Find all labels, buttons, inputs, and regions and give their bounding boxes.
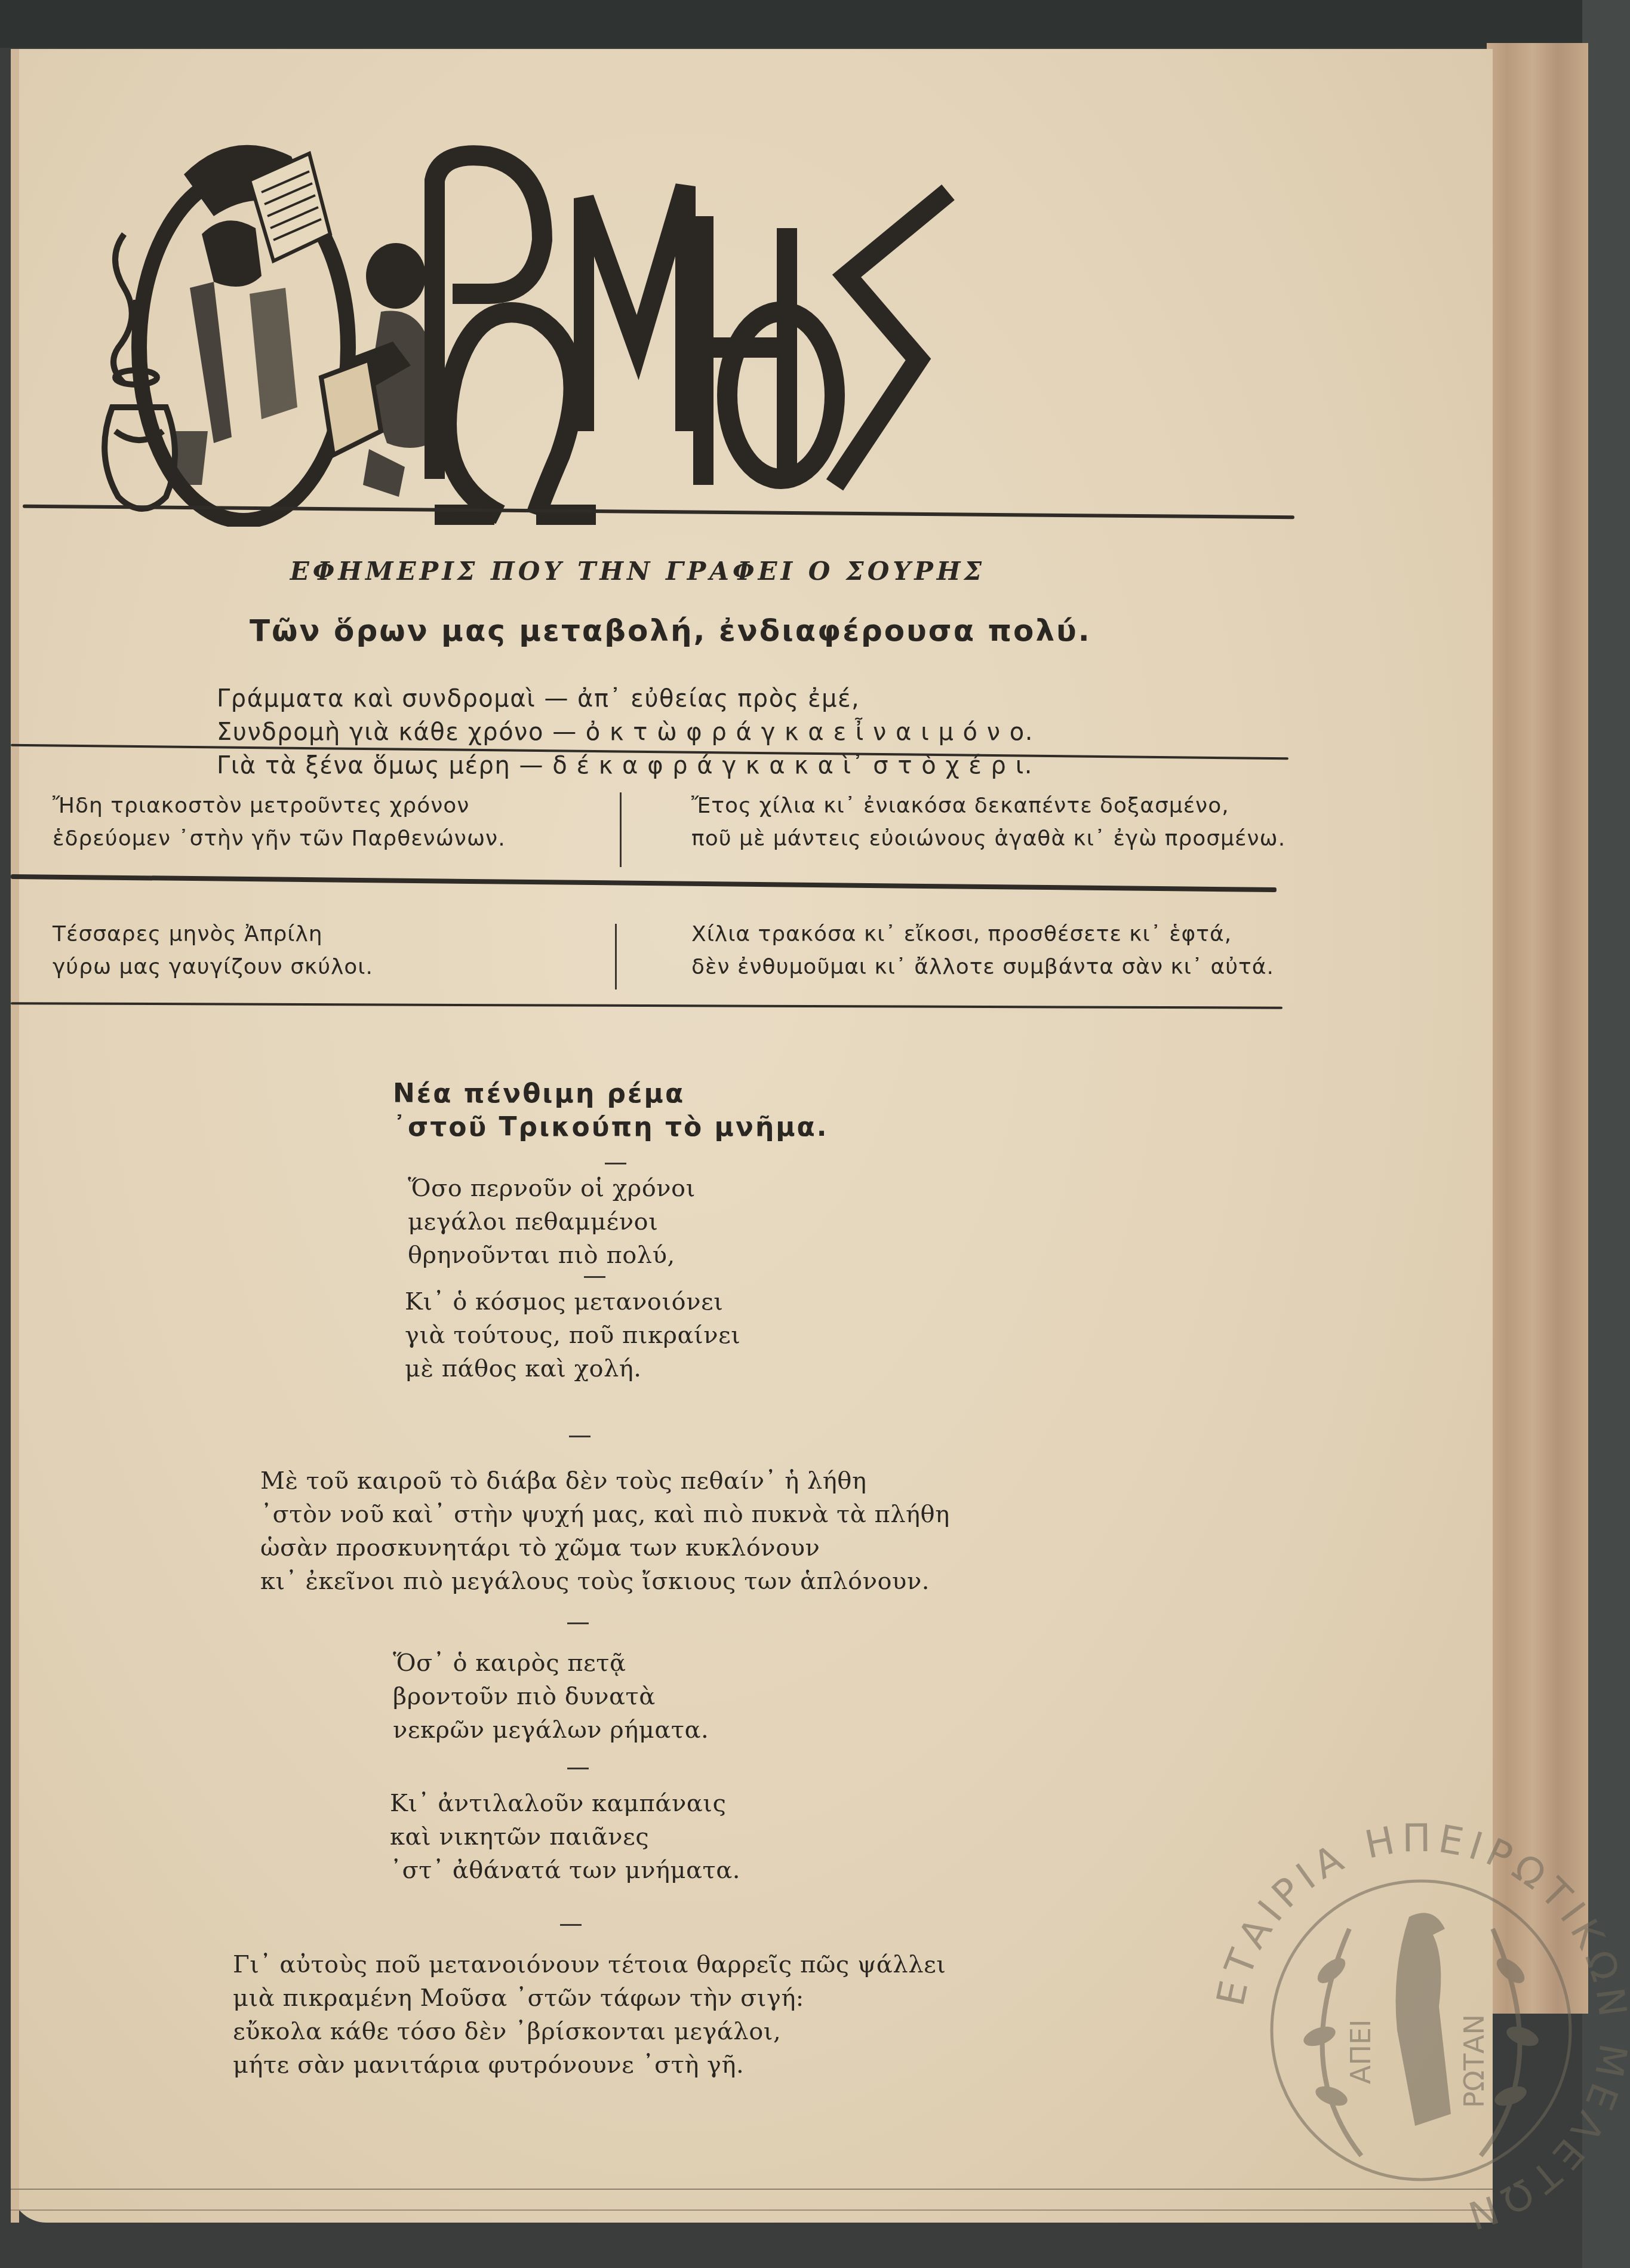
notice-lines: Γράμματα καὶ συνδρομαὶ — ἀπ᾽ εὐθείας πρὸ…: [217, 682, 1112, 782]
poem-line: Ὅσο περνοῦν οἱ χρόνοι: [408, 1172, 696, 1205]
stanza-2: Κι᾽ ὁ κόσμος μετανοιόνει γιὰ τούτους, πο…: [405, 1285, 741, 1385]
poem-line: Μὲ τοῦ καιροῦ τὸ διάβα δὲν τοὺς πεθαίν᾽ …: [260, 1464, 950, 1498]
poem-line: μιὰ πικραμένη Μοῦσα ᾽στῶν τάφων τὴν σιγή…: [233, 1981, 946, 2015]
poem-line: νεκρῶν μεγάλων ρήματα.: [393, 1713, 709, 1747]
stanza-3: Μὲ τοῦ καιροῦ τὸ διάβα δὲν τοὺς πεθαίν᾽ …: [260, 1464, 950, 1598]
page-gutter: [11, 49, 19, 2223]
verse-row-2-right: Χίλια τρακόσα κι᾽ εἴκοσι, προσθέσετε κι᾽…: [691, 918, 1274, 984]
masthead-illustration-icon: [70, 97, 1294, 527]
poem-line: καὶ νικητῶν παιᾶνες: [390, 1820, 740, 1854]
poem-line: ὡσὰν προσκυνητάρι τὸ χῶμα των κυκλόνουν: [260, 1531, 950, 1565]
section-rule: [11, 874, 1277, 892]
stamp-inner-left: ΑΠΕΙ: [1345, 2019, 1377, 2084]
masthead-subtitle: ΕΦΗΜΕΡΙΣ ΠΟΥ ΤΗΝ ΓΡΑΦΕΙ Ο ΣΟΥΡΗΣ: [70, 557, 1205, 586]
verse-row-1-right: Ἔτος χίλια κι᾽ ἐνιακόσα δεκαπέντε δοξασμ…: [691, 789, 1285, 855]
column-divider: [620, 792, 622, 867]
poem-line: ᾽στ᾽ ἀθάνατά των μνήματα.: [390, 1854, 740, 1887]
notice-line: Γράμματα καὶ συνδρομαὶ — ἀπ᾽ εὐθείας πρὸ…: [217, 682, 1112, 715]
verse-line: Ἤδη τριακοστὸν μετροῦντες χρόνον: [53, 789, 506, 822]
poem-line: ᾽στὸν νοῦ καὶ᾽ στὴν ψυχή μας, καὶ πιὸ πυ…: [260, 1498, 950, 1531]
poem-line: Γι᾽ αὐτοὺς ποῦ μετανοιόνουν τέτοια θαρρε…: [233, 1948, 946, 1981]
poem-line: κι᾽ ἐκεῖνοι πιὸ μεγάλους τοὺς ἴσκιους τω…: [260, 1565, 950, 1598]
notice-title: Τῶν ὅρων μας μεταβολή, ἐνδιαφέρουσα πολύ…: [250, 613, 1145, 648]
verse-row-2-left: Τέσσαρες μηνὸς Ἀπρίλη γύρω μας γαυγίζουν…: [53, 918, 373, 984]
poem-line: μεγάλοι πεθαμμένοι: [408, 1205, 696, 1239]
poem-title-line: Νέα πένθιμη ρέμα: [393, 1077, 990, 1111]
poem-line: γιὰ τούτους, ποῦ πικραίνει: [405, 1319, 741, 1352]
verse-row-2: Τέσσαρες μηνὸς Ἀπρίλη γύρω μας γαυγίζουν…: [47, 918, 1300, 1001]
book-binding-top: [0, 0, 1630, 48]
stanza-separator: [605, 1163, 626, 1164]
poem-line: βροντοῦν πιὸ δυνατὰ: [393, 1680, 709, 1713]
verse-line: ποῦ μὲ μάντεις εὐοιώνους ἀγαθὰ κι᾽ ἐγὼ π…: [691, 822, 1285, 855]
stamp-inner-right: ΡΩΤΑΝ: [1458, 2014, 1490, 2108]
poem-line: θρηνοῦνται πιὸ πολύ,: [408, 1239, 696, 1272]
stanza-4: Ὅσ᾽ ὁ καιρὸς πετᾷ βροντοῦν πιὸ δυνατὰ νε…: [393, 1646, 709, 1747]
poem-title-line: ᾽στοῦ Τρικούπη τὸ μνῆμα.: [393, 1111, 990, 1144]
verse-line: Ἔτος χίλια κι᾽ ἐνιακόσα δεκαπέντε δοξασμ…: [691, 789, 1285, 822]
verse-row-1: Ἤδη τριακοστὸν μετροῦντες χρόνον ἑδρεύομ…: [47, 789, 1300, 873]
poem-line: μήτε σὰν μανιτάρια φυτρόνουνε ᾽στὴ γῆ.: [233, 2048, 946, 2082]
verse-row-1-left: Ἤδη τριακοστὸν μετροῦντες χρόνον ἑδρεύομ…: [53, 789, 506, 855]
stanza-5: Κι᾽ ἀντιλαλοῦν καμπάναις καὶ νικητῶν παι…: [390, 1787, 740, 1887]
poem-line: Κι᾽ ἀντιλαλοῦν καμπάναις: [390, 1787, 740, 1820]
poem-line: Ὅσ᾽ ὁ καιρὸς πετᾷ: [393, 1646, 709, 1680]
stanza-separator: [567, 1768, 589, 1769]
verse-line: ἑδρεύομεν ᾽στὴν γῆν τῶν Παρθενώνων.: [53, 822, 506, 855]
column-divider: [615, 924, 617, 989]
poem-line: Κι᾽ ὁ κόσμος μετανοιόνει: [405, 1285, 741, 1319]
notice-line: Συνδρομὴ γιὰ κάθε χρόνο — ὀ κ τ ὼ φ ρ ά …: [217, 715, 1112, 749]
stanza-separator: [567, 1622, 589, 1624]
stanza-separator: [584, 1276, 605, 1278]
verse-line: Χίλια τρακόσα κι᾽ εἴκοσι, προσθέσετε κι᾽…: [691, 918, 1274, 951]
section-rule: [11, 1002, 1283, 1009]
verse-line: δὲν ἐνθυμοῦμαι κι᾽ ἄλλοτε συμβάντα σὰν κ…: [691, 951, 1274, 984]
poem-line: εὔκολα κάθε τόσο δὲν ᾽βρίσκονται μεγάλοι…: [233, 2015, 946, 2048]
stanza-1: Ὅσο περνοῦν οἱ χρόνοι μεγάλοι πεθαμμένοι…: [408, 1172, 696, 1272]
stanza-6: Γι᾽ αὐτοὺς ποῦ μετανοιόνουν τέτοια θαρρε…: [233, 1948, 946, 2082]
poem-line: μὲ πάθος καὶ χολή.: [405, 1352, 741, 1385]
verse-line: γύρω μας γαυγίζουν σκύλοι.: [53, 951, 373, 984]
poem-title: Νέα πένθιμη ρέμα ᾽στοῦ Τρικούπη τὸ μνῆμα…: [393, 1077, 990, 1144]
verse-line: Τέσσαρες μηνὸς Ἀπρίλη: [53, 918, 373, 951]
library-stamp-icon: ΕΤΑΙΡΙΑ ΗΠΕΙΡΩΤΙΚΩΝ ΜΕΛΕΤΩΝ ΑΠΕΙ ΡΩΤΑΝ: [1212, 1821, 1630, 2239]
stanza-separator: [569, 1436, 591, 1437]
page-edges: [1487, 43, 1588, 2014]
stanza-separator: [560, 1924, 582, 1926]
masthead: ΕΦΗΜΕΡΙΣ ΠΟΥ ΤΗΝ ΓΡΑΦΕΙ Ο ΣΟΥΡΗΣ: [70, 97, 1294, 521]
